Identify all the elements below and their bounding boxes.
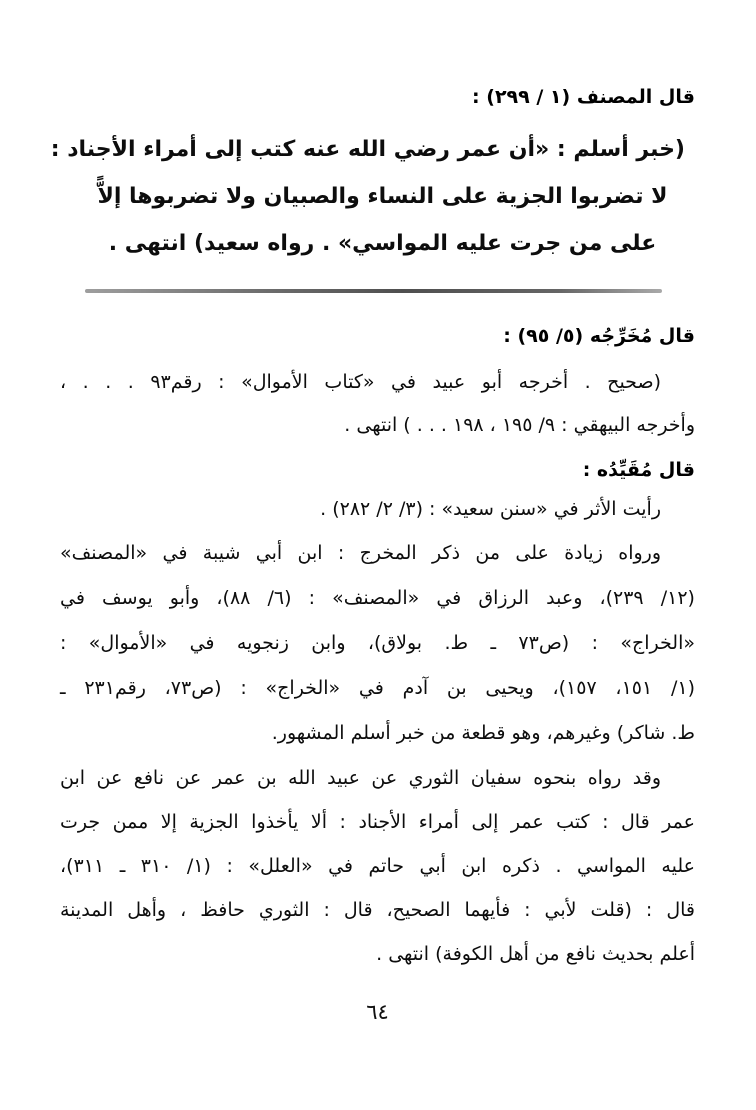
- body-line: (١/ ١٥١، ١٥٧)، ويحيى بن آدم في «الخراج» …: [60, 666, 695, 711]
- paragraph: وقد رواه بنحوه سفيان الثوري عن عبيد الله…: [60, 756, 695, 976]
- takhrij-paragraph: (صحيح . أخرجه أبو عبيد في «كتاب الأموال»…: [60, 361, 695, 447]
- body-line: ورواه زيادة على من ذكر المخرج : ابن أبي …: [60, 531, 695, 576]
- quote-line: لا تضربوا الجزية على النساء والصبيان ولا…: [80, 173, 685, 220]
- body-line: (١٢/ ٢٣٩)، وعبد الرزاق في «المصنف» : (٦/…: [60, 576, 695, 621]
- book-page: قال المصنف (١ / ٢٩٩) : (خبر أسلم : «أن ع…: [0, 0, 756, 1110]
- quote-line: (خبر أسلم : «أن عمر رضي الله عنه كتب إلى…: [80, 126, 685, 173]
- paragraph: ورواه زيادة على من ذكر المخرج : ابن أبي …: [60, 531, 695, 756]
- body-line: وأخرجه البيهقي : ٩/ ١٩٥ ، ١٩٨ . . . ) ان…: [60, 404, 695, 447]
- body-line: رأيت الأثر في «سنن سعيد» : (٣/ ٢/ ٢٨٢) .: [60, 487, 695, 531]
- body-line: قال : (قلت لأبي : فأيهما الصحيح، قال : ا…: [60, 888, 695, 932]
- body-line: أعلم بحديث نافع من أهل الكوفة) انتهى .: [60, 932, 695, 976]
- body-line: (صحيح . أخرجه أبو عبيد في «كتاب الأموال»…: [60, 361, 695, 404]
- body-line: وقد رواه بنحوه سفيان الثوري عن عبيد الله…: [60, 756, 695, 800]
- page-number: ٦٤: [60, 1000, 695, 1024]
- section-heading-musannif: قال المصنف (١ / ٢٩٩) :: [60, 84, 695, 110]
- section-divider: [85, 289, 662, 293]
- paragraph: رأيت الأثر في «سنن سعيد» : (٣/ ٢/ ٢٨٢) .: [60, 487, 695, 531]
- body-line: عليه المواسي . ذكره ابن أبي حاتم في «الع…: [60, 844, 695, 888]
- body-line: عمر قال : كتب عمر إلى أمراء الأجناد : أل…: [60, 800, 695, 844]
- section-heading-muqayyid: قال مُقَيِّدُه :: [60, 457, 695, 483]
- quote-line: على من جرت عليه المواسي» . رواه سعيد) ان…: [80, 220, 685, 267]
- matn-quote-block: (خبر أسلم : «أن عمر رضي الله عنه كتب إلى…: [80, 126, 685, 267]
- body-line: «الخراج» : (ص٧٣ ـ ط. بولاق)، وابن زنجويه…: [60, 621, 695, 666]
- body-line: ط. شاكر) وغيرهم، وهو قطعة من خبر أسلم ال…: [60, 711, 695, 756]
- section-heading-mukharrij: قال مُخَرِّجُه (٥/ ٩٥) :: [60, 323, 695, 349]
